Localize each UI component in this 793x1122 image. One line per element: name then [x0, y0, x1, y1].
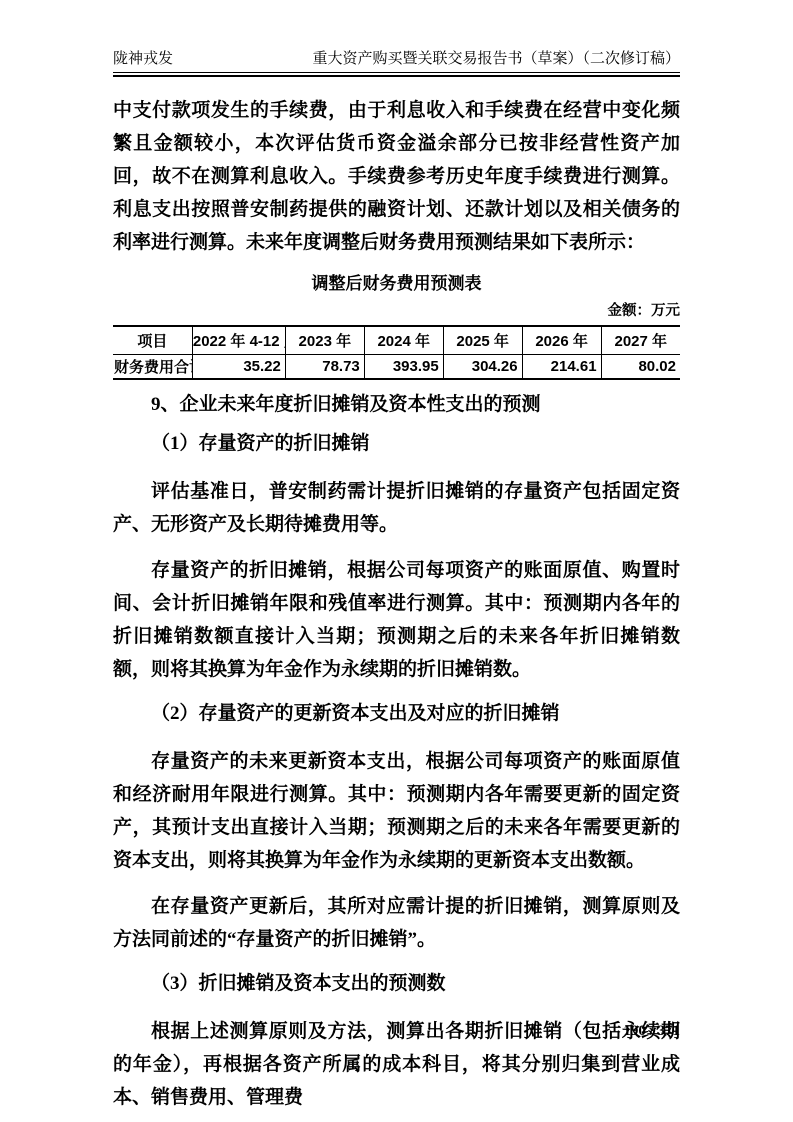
header-company-name: 陇神戎发 — [113, 50, 173, 69]
table-bottom-rule — [113, 378, 680, 380]
finance-forecast-table: 项目 2022 年 4-12 月 2023 年 2024 年 2025 年 20… — [113, 327, 680, 378]
table-cell: 80.02 — [601, 354, 680, 378]
table-cell: 35.22 — [192, 354, 285, 378]
table-row: 财务费用合计 35.22 78.73 393.95 304.26 214.61 … — [113, 354, 680, 378]
table-unit-note: 金额：万元 — [113, 302, 680, 321]
paragraph: 评估基准日，普安制药需计提折旧摊销的存量资产包括固定资产、无形资产及长期待摊费用… — [113, 475, 680, 541]
table-header-cell: 2027 年 — [601, 327, 680, 354]
paragraph: 在存量资产更新后，其所对应需计提的折旧摊销，测算原则及方法同前述的“存量资产的折… — [113, 890, 680, 956]
page-footer: 190 / 371 — [623, 1023, 680, 1040]
section-heading-9: 9、企业未来年度折旧摊销及资本性支出的预测 — [113, 393, 680, 416]
section-heading-3: （3）折旧摊销及资本支出的预测数 — [113, 972, 680, 995]
header-rule-thin — [113, 72, 680, 73]
page-header: 陇神戎发 重大资产购买暨关联交易报告书（草案）（二次修订稿） — [113, 0, 680, 77]
table-cell: 304.26 — [443, 354, 522, 378]
table-header-cell: 项目 — [113, 327, 192, 354]
table-title: 调整后财务费用预测表 — [113, 272, 680, 295]
document-body: 中支付款项发生的手续费，由于利息收入和手续费在经营中变化频繁且金额较小，本次评估… — [113, 94, 680, 1114]
finance-forecast-table-block: 项目 2022 年 4-12 月 2023 年 2024 年 2025 年 20… — [113, 325, 680, 380]
table-row-label: 财务费用合计 — [113, 354, 192, 378]
table-header-cell: 2026 年 — [522, 327, 601, 354]
table-header-cell: 2023 年 — [285, 327, 364, 354]
section-heading-1: （1）存量资产的折旧摊销 — [113, 432, 680, 455]
document-page: 陇神戎发 重大资产购买暨关联交易报告书（草案）（二次修订稿） 中支付款项发生的手… — [0, 0, 793, 1122]
paragraph: 存量资产的折旧摊销，根据公司每项资产的账面原值、购置时间、会计折旧摊销年限和残值… — [113, 554, 680, 686]
table-cell: 214.61 — [522, 354, 601, 378]
table-header-row: 项目 2022 年 4-12 月 2023 年 2024 年 2025 年 20… — [113, 327, 680, 354]
paragraph: 存量资产的未来更新资本支出，根据公司每项资产的账面原值和经济耐用年限进行测算。其… — [113, 745, 680, 877]
table-cell: 78.73 — [285, 354, 364, 378]
header-rule-thick — [113, 75, 680, 77]
header-report-title: 重大资产购买暨关联交易报告书（草案）（二次修订稿） — [312, 50, 680, 69]
page-number: 190 / 371 — [623, 1023, 680, 1039]
table-header-cell: 2022 年 4-12 月 — [192, 327, 285, 354]
table-cell: 393.95 — [364, 354, 443, 378]
table-header-cell: 2024 年 — [364, 327, 443, 354]
table-header-cell: 2025 年 — [443, 327, 522, 354]
section-heading-2: （2）存量资产的更新资本支出及对应的折旧摊销 — [113, 702, 680, 725]
paragraph: 根据上述测算原则及方法，测算出各期折旧摊销（包括永续期的年金），再根据各资产所属… — [113, 1015, 680, 1114]
intro-paragraph: 中支付款项发生的手续费，由于利息收入和手续费在经营中变化频繁且金额较小，本次评估… — [113, 94, 680, 259]
